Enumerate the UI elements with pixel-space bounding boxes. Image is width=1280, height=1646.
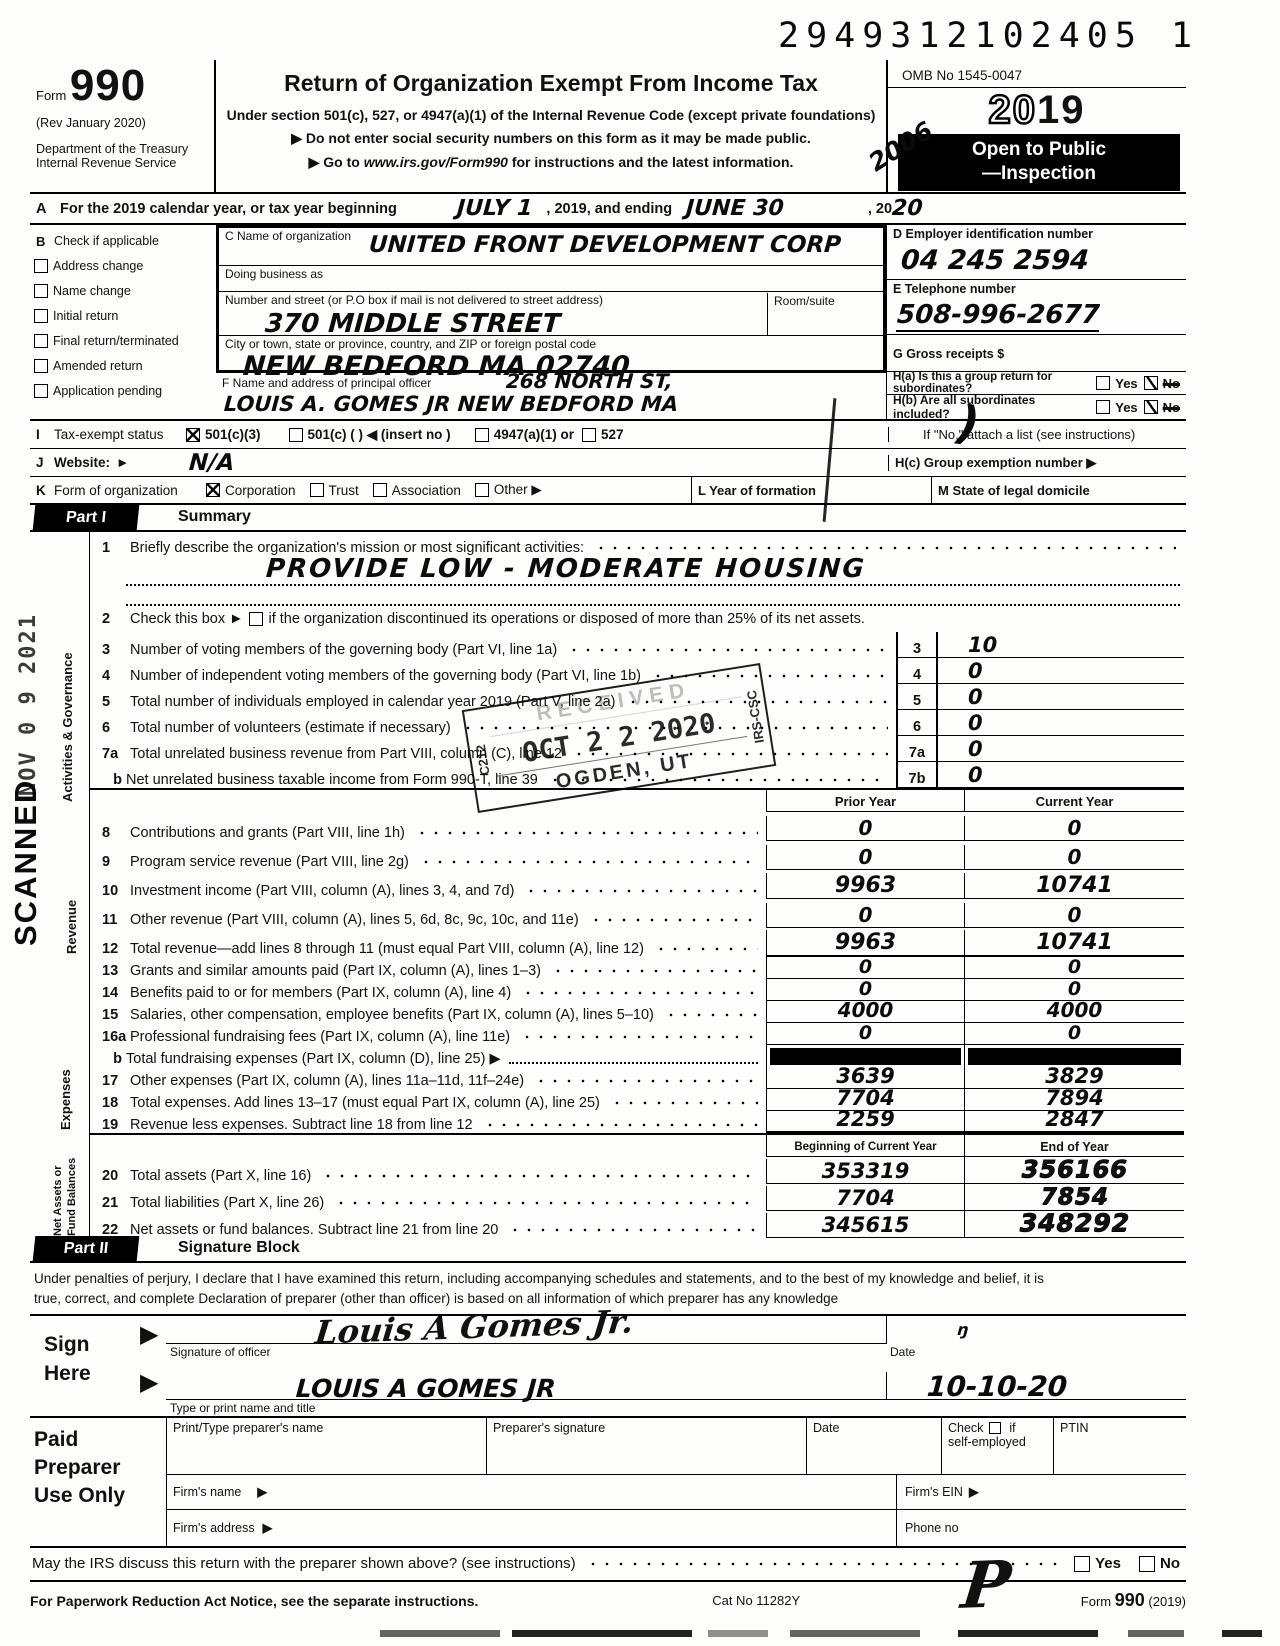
pointer-icon: ► <box>229 611 243 627</box>
501c3-checkbox <box>186 428 200 442</box>
line-19-current: 2847 <box>964 1107 1184 1133</box>
line-13-current: 0 <box>964 956 1184 979</box>
line-6-value: 0 <box>938 711 1184 736</box>
dba-row: Doing business as <box>219 266 883 292</box>
treasury-dept: Department of the Treasury <box>36 142 210 156</box>
check-if-applicable: B Check if applicable Address change Nam… <box>30 225 216 419</box>
scan-artifact <box>380 1630 500 1637</box>
line-16a-current: 0 <box>964 1022 1184 1045</box>
current-year-header: Current Year <box>964 790 1184 812</box>
tax-year: 2019 <box>888 88 1186 132</box>
prior-year-header: Prior Year <box>766 790 964 812</box>
line-8-current: 0 <box>964 816 1184 841</box>
group-exemption-label: H(c) Group exemption number ▶ <box>888 455 1186 471</box>
line-16a-prior: 0 <box>766 1022 964 1045</box>
ein-row: D Employer identification number 04 245 … <box>887 225 1186 279</box>
attach-list-note: If "No," attach a list (see instructions… <box>888 427 1186 442</box>
form-990-scan-page: 2949312102405 1 Form 990 (Rev January 20… <box>0 0 1280 1646</box>
form-number-block: Form 990 (Rev January 2020) Department o… <box>30 60 216 192</box>
line-20-end: 356166 <box>964 1155 1184 1184</box>
part1-title: Summary <box>138 505 251 530</box>
preparer-signature-cell: Preparer's signature <box>487 1418 807 1474</box>
hw-printed-name: LOUIS A GOMES JR <box>295 1374 557 1403</box>
arrow-right-icon: ▶ <box>140 1320 158 1349</box>
line-9-prior: 0 <box>766 845 964 870</box>
irs-url: www.irs.gov/Form990 <box>364 154 508 170</box>
nov-2021-stamp: NOV 0 9 2021 <box>16 556 41 796</box>
line-12-prior: 9963 <box>766 930 964 957</box>
end-year-header: End of Year <box>964 1135 1184 1157</box>
corporation-checkbox <box>206 483 220 497</box>
hw-date-mark: ŋ <box>956 1320 969 1339</box>
line-3: 3Number of voting members of the governi… <box>90 632 1184 658</box>
irs-label: Internal Revenue Service <box>36 156 210 170</box>
form-of-organization-row: K Form of organization Corporation Trust… <box>30 477 1186 505</box>
hw-end-date: JUNE 30 <box>685 196 785 221</box>
form-number: 990 <box>70 61 146 110</box>
line-20: 20Total assets (Part X, line 16) 353319 … <box>90 1157 1184 1184</box>
organization-block: C Name of organization UNITED FRONT DEVE… <box>216 225 886 419</box>
checkbox-initial-return: Initial return <box>32 303 214 328</box>
hw-street: 370 MIDDLE STREET <box>264 309 878 339</box>
paperwork-notice: For Paperwork Reduction Act Notice, see … <box>30 1593 478 1609</box>
sidebar-net-assets-2: Fund Balances <box>66 1150 78 1236</box>
form-subtitle: Under section 501(c), 527, or 4947(a)(1)… <box>226 107 876 123</box>
hb-row: H(b) Are all subordinates included? Yes … <box>887 395 1186 419</box>
line-15-prior: 4000 <box>766 998 964 1023</box>
hw-begin-date: JULY 1 <box>456 196 533 221</box>
line-20-begin: 353319 <box>766 1159 964 1184</box>
line-13-prior: 0 <box>766 956 964 979</box>
line-12: 12Total revenue—add lines 8 through 11 (… <box>90 928 1184 957</box>
hw-website: N/A <box>188 450 235 476</box>
website-row: J Website: ► N/A H(c) Group exemption nu… <box>30 449 1186 477</box>
gross-receipts-row: G Gross receipts $ <box>887 335 1186 371</box>
initial-return-checkbox <box>34 309 48 323</box>
line-11-prior: 0 <box>766 903 964 928</box>
page-footer: For Paperwork Reduction Act Notice, see … <box>30 1582 1186 1616</box>
goto-instructions: ▶ Go to www.irs.gov/Form990 for instruct… <box>226 154 876 171</box>
scan-artifact <box>708 1630 768 1637</box>
amended-return-checkbox <box>34 359 48 373</box>
tax-year-line: A For the 2019 calendar year, or tax yea… <box>30 194 1186 225</box>
line-12-current: 10741 <box>964 930 1184 957</box>
line-22: 22Net assets or fund balances. Subtract … <box>90 1211 1184 1238</box>
year-columns-header: Prior Year Current Year <box>90 788 1184 812</box>
hw-org-name: UNITED FRONT DEVELOPMENT CORP <box>368 232 842 258</box>
line-21: 21Total liabilities (Part X, line 26) 77… <box>90 1184 1184 1211</box>
scanned-stamp: SCANNED <box>8 776 44 946</box>
sidebar-expenses: Expenses <box>58 960 73 1130</box>
line-9-current: 0 <box>964 845 1184 870</box>
catalog-number: Cat No 11282Y <box>712 1593 800 1608</box>
date-caption: Date <box>886 1344 1186 1372</box>
part1-label: Part I <box>33 505 140 530</box>
final-return-checkbox <box>34 334 48 348</box>
part2-header: Part II Signature Block <box>30 1236 1186 1263</box>
hb-yes-checkbox <box>1096 400 1110 414</box>
4947a1-checkbox <box>475 428 489 442</box>
self-employed-cell: Check if self-employed <box>942 1418 1054 1474</box>
arrow-right-icon: ▶ <box>309 154 320 170</box>
open-to-public-badge: Open to Public —Inspection <box>898 134 1180 191</box>
hw-date-value: 10-10-20 <box>926 1370 1068 1403</box>
line-21-end: 7854 <box>964 1184 1184 1211</box>
hw-end-year: 20 <box>891 196 923 221</box>
line-4-value: 0 <box>938 659 1184 684</box>
discontinued-checkbox <box>249 612 263 626</box>
line-9: 9Program service revenue (Part VIII, lin… <box>90 841 1184 870</box>
checkbox-application-pending: Application pending <box>32 378 214 403</box>
line-19: 19Revenue less expenses. Subtract line 1… <box>90 1111 1184 1133</box>
ptin-cell: PTIN <box>1054 1418 1186 1474</box>
checkbox-address-change: Address change <box>32 253 214 278</box>
org-name-row: C Name of organization UNITED FRONT DEVE… <box>219 228 883 266</box>
paid-preparer-block: Paid Preparer Use Only Print/Type prepar… <box>30 1418 1186 1548</box>
omb-number: OMB No 1545-0047 <box>888 60 1186 88</box>
scanline-barcode-number: 2949312102405 1 <box>778 16 1199 56</box>
form-revision: (Rev January 2020) <box>36 116 210 130</box>
line-11-current: 0 <box>964 903 1184 928</box>
sidebar-activities-governance: Activities & Governance <box>60 572 75 802</box>
hw-ein: 04 245 2594 <box>900 245 1181 276</box>
part2-title: Signature Block <box>138 1236 300 1261</box>
sign-arrows: ▶ ▶ <box>140 1316 166 1416</box>
officer-signature-cell: Louis A Gomes Jr. <box>166 1316 886 1344</box>
form-word: Form <box>36 88 66 103</box>
city-row: City or town, state or province, country… <box>219 336 883 370</box>
checkbox-final-return: Final return/terminated <box>32 328 214 353</box>
firm-ein-cell: Firm's EIN ▶ <box>896 1475 1186 1509</box>
line-7a-value: 0 <box>938 737 1184 762</box>
pointer-icon: ▶ <box>1086 455 1096 470</box>
line-2: 2 Check this box ► if the organization d… <box>90 606 1184 632</box>
discuss-no-checkbox <box>1139 1556 1155 1572</box>
signature-of-officer-caption: Signature of officer <box>166 1344 886 1372</box>
self-employed-checkbox <box>989 1422 1001 1434</box>
association-checkbox <box>373 483 387 497</box>
527-checkbox <box>582 428 596 442</box>
beginning-year-header: Beginning of Current Year <box>766 1135 964 1157</box>
name-change-checkbox <box>34 284 48 298</box>
legal-domicile-label: M State of legal domicile <box>931 477 1186 503</box>
tax-exempt-status-row: I Tax-exempt status 501(c)(3) 501(c) ( )… <box>30 421 1186 449</box>
line-1: 1 Briefly describe the organization's mi… <box>90 532 1184 556</box>
part2-label: Part II <box>33 1236 140 1261</box>
balance-columns-header: Beginning of Current Year End of Year <box>90 1133 1184 1157</box>
firm-address-row: Firm's address ▶ Phone no <box>167 1510 1186 1545</box>
line-19-prior: 2259 <box>766 1107 964 1133</box>
street-row: Number and street (or P.O box if mail is… <box>219 292 883 336</box>
hw-officer-name: LOUIS A. GOMES JR NEW BEDFORD MA <box>223 392 881 416</box>
mission-line: PROVIDE LOW - MODERATE HOUSING <box>126 556 1180 586</box>
arrow-right-icon: ▶ <box>140 1368 158 1397</box>
printed-name-cell: LOUIS A GOMES JR <box>166 1372 886 1400</box>
pointer-icon: ► <box>116 455 129 470</box>
preparer-date-cell: Date <box>807 1418 942 1474</box>
scan-artifact <box>1222 1630 1262 1637</box>
arrow-right-icon: ▶ <box>291 130 302 146</box>
date-value-cell: 10-10-20 <box>886 1372 1186 1400</box>
line-10-prior: 9963 <box>766 873 964 899</box>
preparer-name-row: Print/Type preparer's name Preparer's si… <box>167 1418 1186 1475</box>
line-8: 8Contributions and grants (Part VIII, li… <box>90 812 1184 841</box>
trust-checkbox <box>310 483 324 497</box>
line-3-value: 10 <box>938 633 1184 658</box>
line-15-current: 4000 <box>964 998 1184 1023</box>
scan-artifact <box>790 1630 920 1637</box>
ein-phone-block: D Employer identification number 04 245 … <box>886 225 1186 419</box>
hw-phone: 508-996-2677 <box>896 300 1101 332</box>
scan-artifact <box>512 1630 692 1637</box>
line-10-current: 10741 <box>964 873 1184 899</box>
sign-here-block: Sign Here ▶ ▶ Louis A Gomes Jr. ŋ Signat… <box>30 1314 1186 1418</box>
sign-here-label: Sign Here <box>30 1316 140 1416</box>
ssn-warning: ▶ Do not enter social security numbers o… <box>226 130 876 147</box>
line-8-prior: 0 <box>766 816 964 841</box>
scan-artifact <box>958 1630 1098 1637</box>
line-21-begin: 7704 <box>766 1186 964 1211</box>
pointer-icon: ▶ <box>257 1484 267 1499</box>
application-pending-checkbox <box>34 384 48 398</box>
checkbox-amended-return: Amended return <box>32 353 214 378</box>
form-footer-id: Form 990 (2019) <box>1081 1590 1186 1611</box>
entity-info-block: B Check if applicable Address change Nam… <box>30 225 1186 421</box>
paid-preparer-label: Paid Preparer Use Only <box>30 1418 166 1546</box>
discuss-yes-checkbox <box>1074 1556 1090 1572</box>
phone-row: E Telephone number 508-996-2677 <box>887 279 1186 335</box>
scan-artifact <box>1128 1630 1184 1637</box>
line-5-value: 0 <box>938 685 1184 710</box>
phone-cell: Phone no <box>896 1510 1186 1545</box>
part1-body: Activities & Governance Revenue Expenses… <box>30 532 1186 1236</box>
sidebar-net-assets-1: Net Assets or <box>52 1150 64 1236</box>
line-22-begin: 345615 <box>766 1213 964 1238</box>
line-11: 11Other revenue (Part VIII, column (A), … <box>90 899 1184 928</box>
pointer-icon: ▶ <box>969 1484 979 1499</box>
form-header: Form 990 (Rev January 2020) Department o… <box>30 60 1186 194</box>
line-7b-value: 0 <box>938 763 1184 788</box>
checkbox-name-change: Name change <box>32 278 214 303</box>
hw-officer-addr: 268 NORTH ST, <box>505 369 673 393</box>
pointer-icon: ▶ <box>263 1520 273 1535</box>
line-16a: 16aProfessional fundraising fees (Part I… <box>90 1023 1184 1045</box>
year-of-formation-label: L Year of formation <box>691 477 931 503</box>
ha-row: H(a) Is this a group return for subordin… <box>887 371 1186 395</box>
sidebar-revenue: Revenue <box>64 814 79 954</box>
address-change-checkbox <box>34 259 48 273</box>
ha-no-checkbox <box>1144 376 1158 390</box>
line-22-end: 348292 <box>964 1208 1184 1238</box>
line-13: 13Grants and similar amounts paid (Part … <box>90 957 1184 979</box>
preparer-name-cell: Print/Type preparer's name <box>167 1418 487 1474</box>
other-checkbox <box>475 483 489 497</box>
part1-header: Part I Summary <box>30 505 1186 532</box>
firm-name-row: Firm's name ▶ Firm's EIN ▶ <box>167 1475 1186 1510</box>
date-cell: ŋ <box>886 1316 1186 1344</box>
form-990: Form 990 (Rev January 2020) Department o… <box>30 60 1186 1616</box>
ha-yes-checkbox <box>1096 376 1110 390</box>
principal-officer-row: F Name and address of principal officer … <box>216 373 886 419</box>
form-title-block: Return of Organization Exempt From Incom… <box>216 60 886 192</box>
hw-p-mark: P <box>958 1547 1014 1624</box>
line-4: 4Number of independent voting members of… <box>90 658 1184 684</box>
part1-content: 1 Briefly describe the organization's mi… <box>90 532 1184 1236</box>
line-10: 10Investment income (Part VIII, column (… <box>90 870 1184 899</box>
501c-checkbox <box>289 428 303 442</box>
hb-no-checkbox <box>1144 400 1158 414</box>
omb-year-block: OMB No 1545-0047 2019 Open to Public —In… <box>886 60 1186 192</box>
form-title: Return of Organization Exempt From Incom… <box>226 70 876 97</box>
line-15: 15Salaries, other compensation, employee… <box>90 1001 1184 1023</box>
hw-mission: PROVIDE LOW - MODERATE HOUSING <box>265 554 867 584</box>
